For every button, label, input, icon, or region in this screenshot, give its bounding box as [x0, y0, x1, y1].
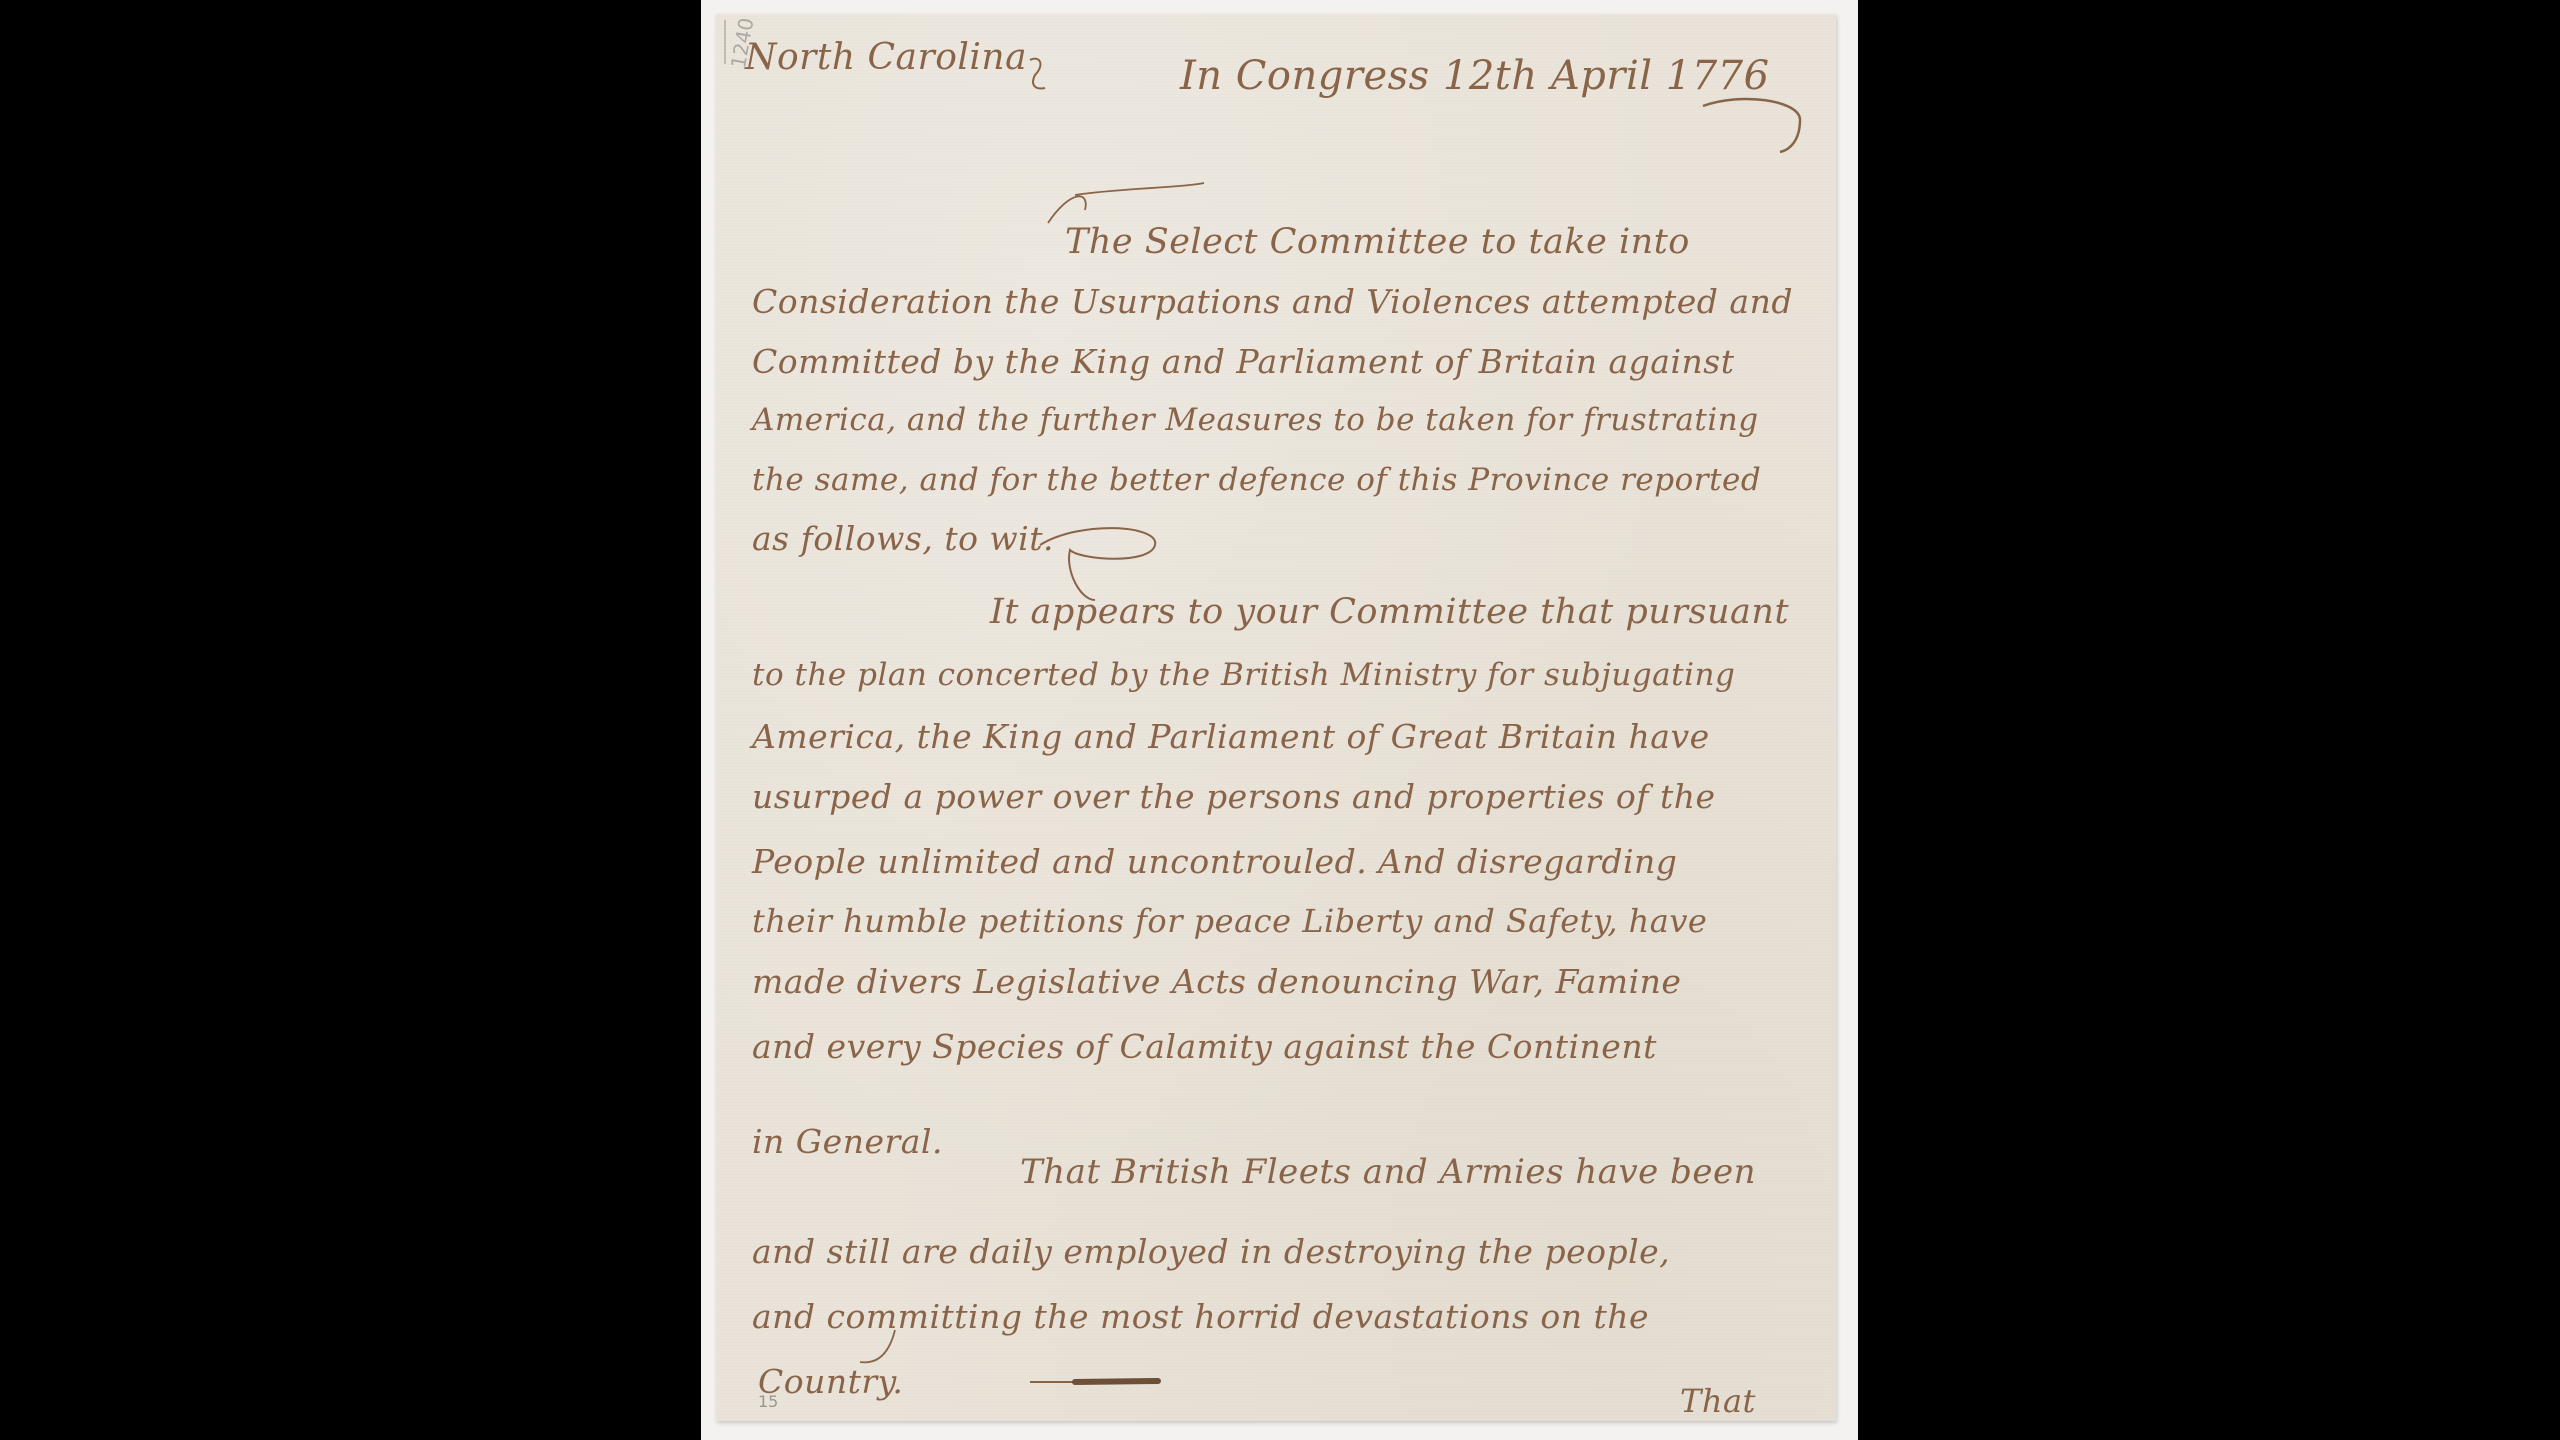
heading-location: North Carolina [745, 40, 1027, 76]
text-line-16: That British Fleets and Armies have been [1020, 1155, 1756, 1189]
catchword: That [1680, 1385, 1756, 1417]
text-line-17: and still are daily employed in destroyi… [752, 1235, 1670, 1268]
text-line-14: and every Species of Calamity against th… [752, 1030, 1657, 1063]
text-line-19: Country. [758, 1365, 903, 1398]
text-line-9: America, the King and Parliament of Grea… [752, 720, 1710, 753]
heading-date: In Congress 12th April 1776 [1180, 56, 1770, 96]
text-line-13: made divers Legislative Acts denouncing … [752, 965, 1681, 998]
text-line-1: The Select Committee to take into [1065, 225, 1690, 260]
text-line-5: the same, and for the better defence of … [752, 465, 1761, 496]
text-line-2: Consideration the Usurpations and Violen… [752, 285, 1793, 318]
text-line-18: and committing the most horrid devastati… [752, 1300, 1649, 1333]
text-line-8: to the plan concerted by the British Min… [752, 660, 1735, 691]
text-line-15: in General. [752, 1125, 943, 1158]
folio-number: 15 [758, 1392, 778, 1411]
text-line-6: as follows, to wit. [752, 522, 1054, 555]
text-line-12: their humble petitions for peace Liberty… [752, 905, 1707, 937]
text-line-4: America, and the further Measures to be … [752, 405, 1759, 436]
text-line-10: usurped a power over the persons and pro… [752, 780, 1716, 813]
text-line-7: It appears to your Committee that pursua… [990, 595, 1789, 630]
image-viewer: 1240 North Carolina In Congress 12th Apr… [0, 0, 2560, 1440]
text-line-11: People unlimited and uncontrouled. And d… [752, 845, 1677, 878]
text-line-3: Committed by the King and Parliament of … [752, 345, 1734, 378]
